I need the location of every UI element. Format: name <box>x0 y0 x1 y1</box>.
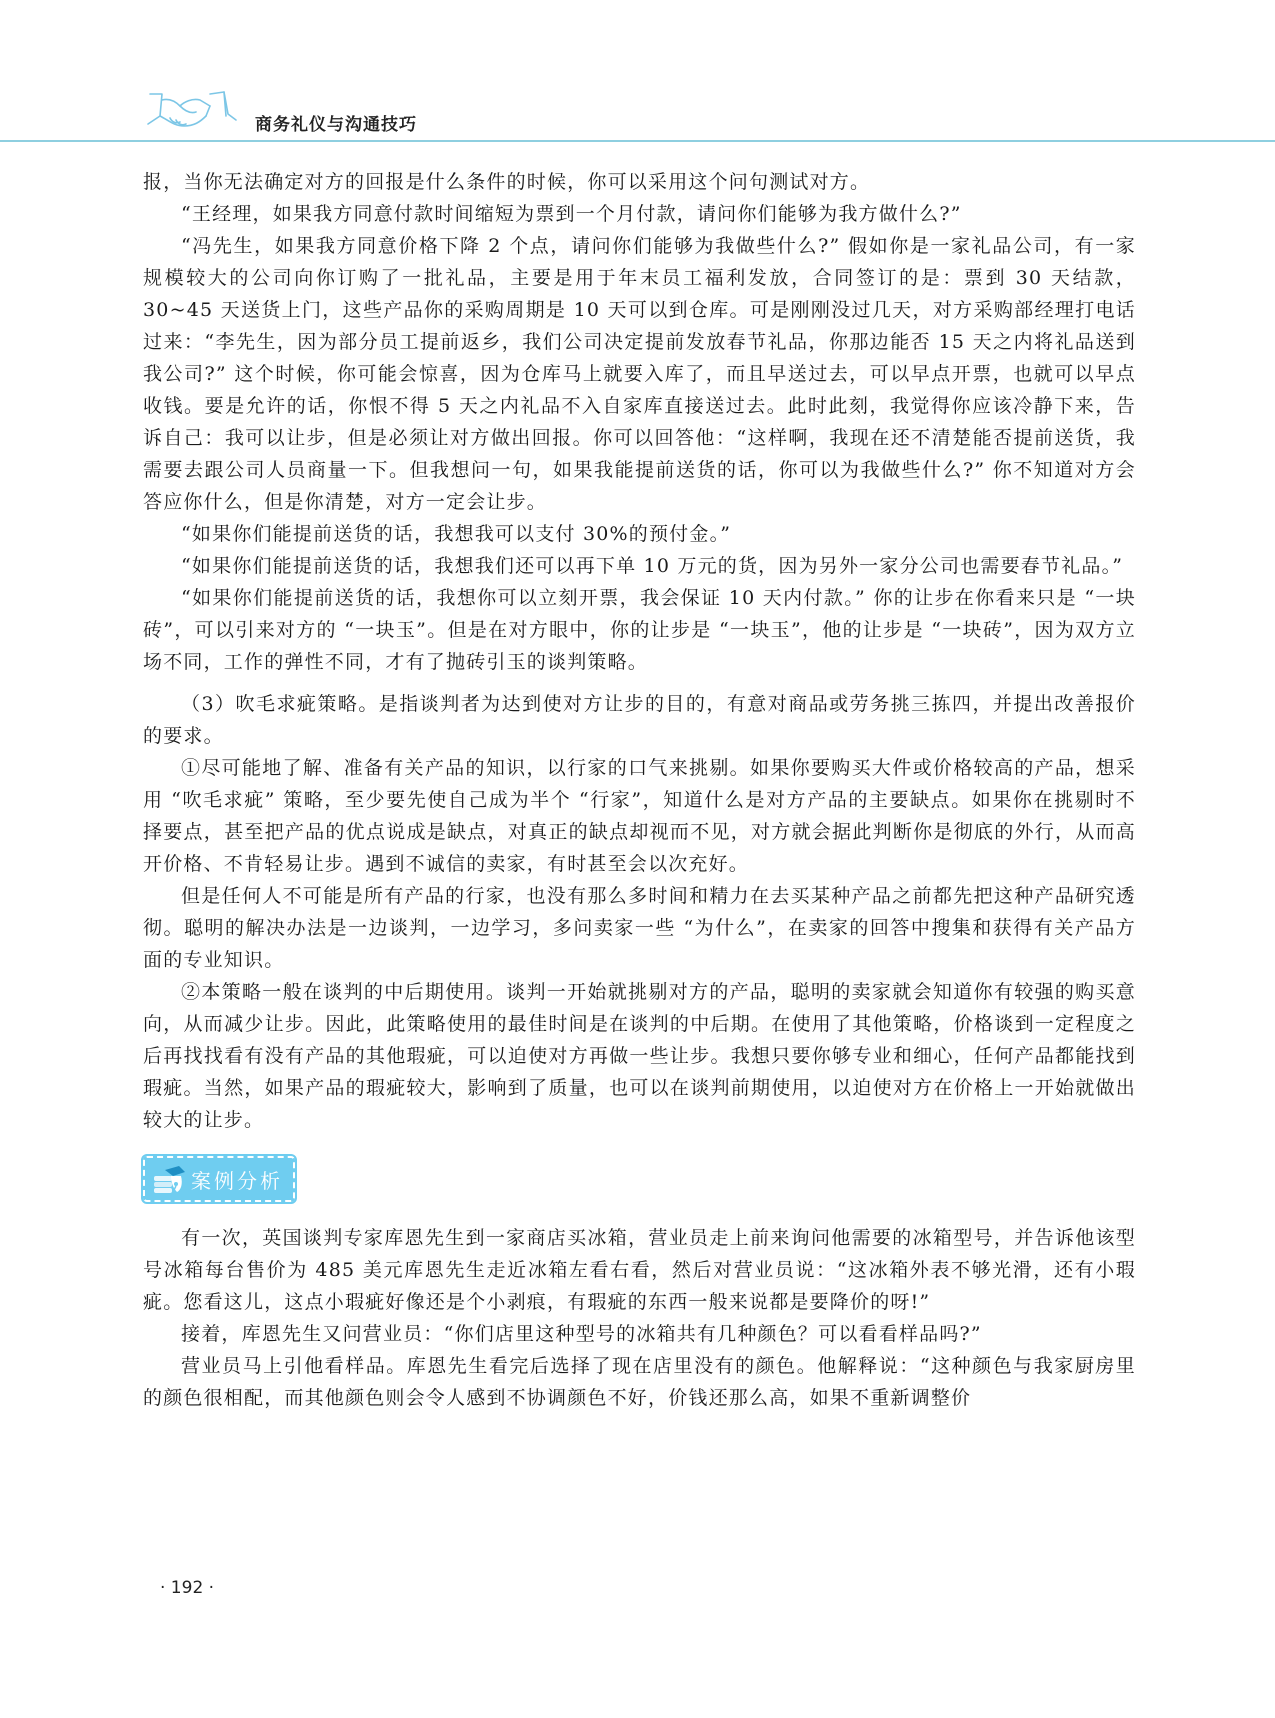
page-body: 报，当你无法确定对方的回报是什么条件的时候，你可以采用这个问句测试对方。 “王经… <box>143 166 1136 1414</box>
page-number: · 192 · <box>160 1578 214 1598</box>
header-divider <box>0 140 1275 142</box>
paragraph: “冯先生，如果我方同意价格下降 2 个点，请问你们能够为我做些什么?” 假如你是… <box>143 230 1136 518</box>
paragraph: ①尽可能地了解、准备有关产品的知识，以行家的口气来挑剔。如果你要购买大件或价格较… <box>143 752 1136 880</box>
paragraph: 报，当你无法确定对方的回报是什么条件的时候，你可以采用这个问句测试对方。 <box>143 166 1136 198</box>
paragraph: “王经理，如果我方同意付款时间缩短为票到一个月付款，请问你们能够为我方做什么?” <box>143 198 1136 230</box>
paragraph: “如果你们能提前送货的话，我想你可以立刻开票，我会保证 10 天内付款。” 你的… <box>143 582 1136 678</box>
case-analysis-label: 案例分析 <box>191 1165 283 1194</box>
page-header: 商务礼仪与沟通技巧 <box>0 80 1275 140</box>
section-heading-paragraph: （3）吹毛求疵策略。是指谈判者为达到使对方让步的目的，有意对商品或劳务挑三拣四，… <box>143 688 1136 752</box>
paragraph: “如果你们能提前送货的话，我想我可以支付 30%的预付金。” <box>143 518 1136 550</box>
case-paragraph: 营业员马上引他看样品。库恩先生看完后选择了现在店里没有的颜色。他解释说：“这种颜… <box>143 1350 1136 1414</box>
paragraph: “如果你们能提前送货的话，我想我们还可以再下单 10 万元的货，因为另外一家分公… <box>143 550 1136 582</box>
case-analysis-badge: 案例分析 <box>143 1156 295 1202</box>
paragraph: ②本策略一般在谈判的中后期使用。谈判一开始就挑剔对方的产品，聪明的卖家就会知道你… <box>143 976 1136 1136</box>
case-paragraph: 有一次，英国谈判专家库恩先生到一家商店买冰箱，营业员走上前来询问他需要的冰箱型号… <box>143 1222 1136 1318</box>
case-paragraph: 接着，库恩先生又问营业员：“你们店里这种型号的冰箱共有几种颜色？可以看看样品吗?… <box>143 1318 1136 1350</box>
handshake-icon <box>140 86 240 132</box>
graduation-cap-books-icon <box>151 1162 187 1196</box>
book-title: 商务礼仪与沟通技巧 <box>255 110 417 135</box>
paragraph: 但是任何人不可能是所有产品的行家，也没有那么多时间和精力在去买某种产品之前都先把… <box>143 880 1136 976</box>
